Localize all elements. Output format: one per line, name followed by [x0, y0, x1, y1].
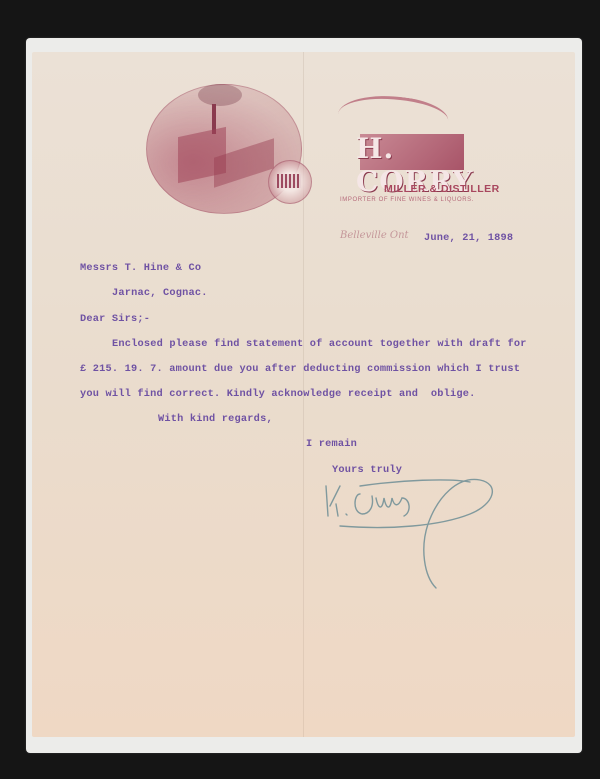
smoke-illustration	[198, 84, 242, 106]
addressee-line-1: Messrs T. Hine & Co	[80, 262, 201, 274]
inset-building-illustration	[277, 174, 301, 188]
brand-subtitle: MILLER & DISTILLER	[384, 183, 500, 195]
body-line-2: £ 215. 19. 7. amount due you after deduc…	[80, 363, 520, 375]
addressee-line-2: Jarnac, Cognac.	[112, 287, 208, 299]
letter-date: June, 21, 1898	[424, 232, 513, 244]
salutation: Dear Sirs;-	[80, 313, 150, 325]
closing-regards: With kind regards,	[158, 413, 273, 425]
place-of-writing: Belleville Ont	[340, 230, 409, 241]
brand-tagline: IMPORTER OF FINE WINES & LIQUORS.	[340, 197, 474, 203]
closing-remain: I remain	[306, 438, 357, 450]
body-line-3: you will find correct. Kindly acknowledg…	[80, 388, 476, 400]
handwritten-signature	[320, 476, 510, 591]
body-line-1: Enclosed please find statement of accoun…	[112, 338, 527, 350]
closing-yours-truly: Yours truly	[332, 464, 402, 476]
